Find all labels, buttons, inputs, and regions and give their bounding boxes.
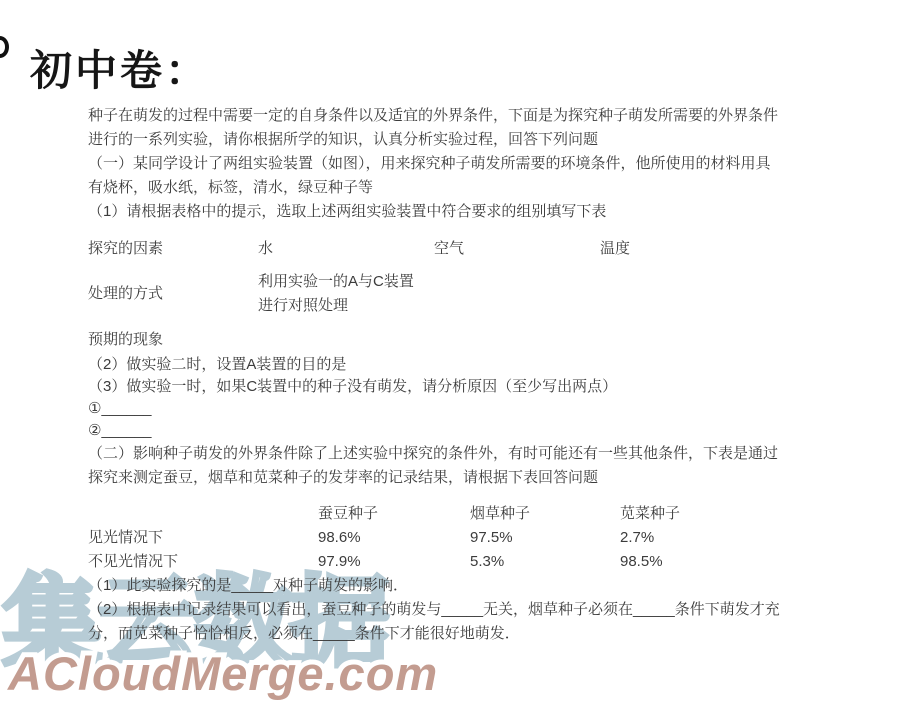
- scan-corner-mark: [0, 36, 9, 58]
- document-body: 种子在萌发的过程中需要一定的自身条件以及适宜的外界条件，下面是为探究种子萌发所需…: [88, 104, 812, 646]
- table-cell: 97.9%: [318, 550, 470, 574]
- part1-question-3: （3）做实验一时，如果C装置中的种子没有萌发，请分析原因（至少写出两点）: [88, 376, 812, 398]
- header-cell: 蚕豆种子: [318, 502, 470, 526]
- table-row: 探究的因素 水 空气 温度: [88, 234, 812, 264]
- table-cell: 温度: [600, 237, 812, 261]
- table-cell: 利用实验一的A与C装置进行对照处理: [258, 270, 434, 318]
- header-cell: 烟草种子: [470, 502, 620, 526]
- part1-answer-blanks: ①______ ②______: [88, 398, 812, 442]
- table-row: 预期的现象: [88, 326, 812, 354]
- part2-question-1: （1）此实验探究的是_____对种子萌发的影响．: [88, 574, 812, 598]
- row-label: 探究的因素: [88, 237, 258, 261]
- page-title: 初中卷：: [30, 38, 210, 98]
- row-label: 处理的方式: [88, 282, 258, 306]
- table-cell: 空气: [434, 237, 600, 261]
- part1-question-2: （2）做实验二时，设置A装置的目的是: [88, 354, 812, 376]
- germination-rate-table: 蚕豆种子 烟草种子 苋菜种子 见光情况下 98.6% 97.5% 2.7% 不见…: [88, 502, 812, 574]
- table-row: 见光情况下 98.6% 97.5% 2.7%: [88, 526, 812, 550]
- table-row: 不见光情况下 97.9% 5.3% 98.5%: [88, 550, 812, 574]
- table-cell: 水: [258, 237, 434, 261]
- part2-intro-paragraph: （二）影响种子萌发的外界条件除了上述实验中探究的条件外，有时可能还有一些其他条件…: [88, 442, 812, 490]
- exam-page: 集云数据 ACloudMerge.com ACloudMerge.com 初中卷…: [0, 0, 900, 703]
- experiment-factors-table: 探究的因素 水 空气 温度 处理的方式 利用实验一的A与C装置进行对照处理 预期…: [88, 234, 812, 354]
- row-label: 不见光情况下: [88, 550, 318, 574]
- table-header-row: 蚕豆种子 烟草种子 苋菜种子: [88, 502, 812, 526]
- table-row: 处理的方式 利用实验一的A与C装置进行对照处理: [88, 270, 812, 318]
- table-cell: 97.5%: [470, 526, 620, 550]
- part1-intro-paragraph: 种子在萌发的过程中需要一定的自身条件以及适宜的外界条件，下面是为探究种子萌发所需…: [88, 104, 812, 200]
- header-cell: 苋菜种子: [620, 502, 812, 526]
- watermark-url: ACloudMerge.com ACloudMerge.com: [8, 646, 438, 701]
- row-label: 见光情况下: [88, 526, 318, 550]
- part2-question-2: （2）根据表中记录结果可以看出，蚕豆种子的萌发与_____无关，烟草种子必须在_…: [88, 598, 812, 646]
- table-cell: 98.5%: [620, 550, 812, 574]
- row-label: 预期的现象: [88, 328, 258, 352]
- watermark-url-text: ACloudMerge.com: [8, 647, 438, 700]
- table-cell: 2.7%: [620, 526, 812, 550]
- part1-question-1: （1）请根据表格中的提示，选取上述两组实验装置中符合要求的组别填写下表: [88, 200, 812, 224]
- table-cell: 5.3%: [470, 550, 620, 574]
- table-cell: 98.6%: [318, 526, 470, 550]
